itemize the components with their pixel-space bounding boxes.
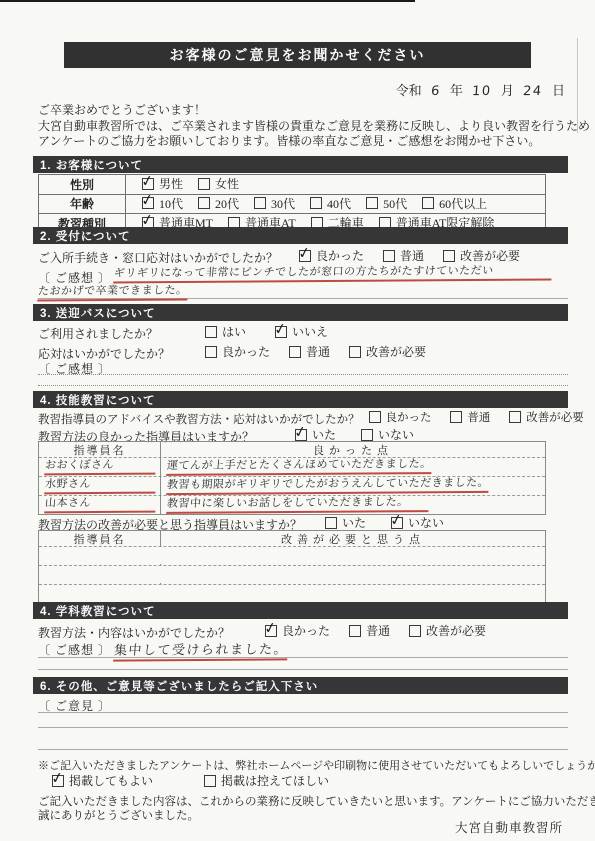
checkbox-icon[interactable]: [198, 178, 210, 190]
checkbox-label: 20代: [215, 195, 239, 212]
bus-improve-option[interactable]: 改善が必要: [349, 343, 426, 360]
table-row-empty: [39, 584, 545, 603]
date-line: 令和 6 年 10 月 24 日: [396, 80, 565, 99]
intro-line: ご卒業おめでとうございます！: [38, 103, 590, 119]
checkbox-label: 40代: [327, 195, 351, 212]
checkbox-icon[interactable]: [310, 197, 322, 209]
handwritten-instructor-name: 山本さん: [44, 494, 157, 514]
checkbox-label: 良かった: [222, 343, 270, 360]
blank-writing-line: [38, 748, 568, 750]
checkbox-label: 普通: [366, 622, 390, 639]
handwritten-comment: たおかげで卒業できました。: [37, 281, 188, 301]
handwritten-comment: ギリギリになって非常にピンチでしたが窓口の方たちがたすけていただい: [113, 261, 553, 283]
lecture-normal-option[interactable]: 普通: [349, 622, 390, 639]
skill-normal-option[interactable]: 普通: [450, 409, 490, 425]
checkbox-label: 普通: [306, 343, 330, 360]
checkbox-label: いいえ: [292, 323, 328, 340]
bus-no-option[interactable]: いいえ: [275, 323, 328, 340]
checkbox-label: 掲載してもよい: [69, 772, 153, 789]
skill-good-option[interactable]: 良かった: [369, 409, 432, 425]
bus-service-question: 応対はいかがでしたか？: [38, 345, 186, 362]
closing-line: 誠にありがとうございました。: [38, 807, 199, 823]
checkbox-icon[interactable]: [383, 250, 395, 262]
date-month-value: 10: [472, 84, 493, 99]
checkbox-label: 10代: [159, 195, 183, 212]
bus-good-option[interactable]: 良かった: [205, 343, 270, 360]
bus-comment-row: 〔 ご感想 〕: [38, 360, 568, 375]
checkbox-label: 改善が必要: [526, 409, 584, 425]
intro-line: アンケートのご協力をお願いしております。皆様の率直なご意見・ご感想をお聞かせ下さ…: [38, 134, 590, 150]
checkbox-label: 30代: [271, 195, 295, 212]
checkbox-label: 改善が必要: [366, 343, 426, 360]
comment-label: 〔 ご感想 〕: [38, 362, 111, 376]
intro-paragraph: ご卒業おめでとうございます！ 大宮自動車教習所では、ご卒業されます皆様の貴重なご…: [38, 103, 590, 150]
column-header-improve-points: 改善が必要と思う点: [161, 531, 545, 547]
checkbox-icon[interactable]: [289, 346, 301, 358]
table-row-age: 年齢 10代 20代 30代 40代 50代 60代以上: [39, 194, 546, 214]
handwritten-instructor-name: 水野さん: [44, 475, 157, 495]
other-opinion-row: 〔 ご意見 〕: [38, 697, 568, 713]
checkbox-label: はい: [222, 323, 246, 340]
age-label: 年齢: [39, 194, 126, 214]
section6-header: 6. その他、ご意見等ございましたらご記入下さい: [33, 677, 568, 694]
checkbox-icon[interactable]: [361, 429, 373, 441]
school-signature: 大宮自動車教習所: [455, 818, 563, 836]
bus-used-question-row: ご利用されましたか？ はい いいえ: [38, 323, 328, 342]
checkbox-icon[interactable]: [349, 346, 361, 358]
checkbox-label: 60代以上: [439, 195, 487, 212]
improve-instructor-table: 指導員名 改善が必要と思う点: [38, 530, 546, 604]
publish-options-row: 掲載してもよい 掲載は控えてほしい: [52, 772, 329, 791]
age-40s-option[interactable]: 40代: [310, 195, 351, 212]
table-row: 水野さん 教習も期限がギリギリでしたがおうえんしていただきました。: [39, 476, 545, 495]
checkbox-icon[interactable]: [450, 411, 462, 423]
section5-header: 4. 学科教習について: [33, 602, 568, 619]
checkbox-icon[interactable]: [366, 197, 378, 209]
handwritten-instructor-name: おおくぼさん: [44, 456, 157, 476]
checkbox-icon[interactable]: [142, 197, 154, 209]
blank-writing-line: [38, 726, 568, 728]
date-month-unit: 月: [501, 83, 514, 98]
section3-header: 3. 送迎バスについて: [33, 304, 568, 321]
checkbox-icon[interactable]: [409, 625, 421, 637]
customer-info-table: 性別 男性 女性 年齢 10代 20代 30代 40代 50代 60代以上 教習…: [38, 174, 546, 234]
blank-writing-line: [38, 384, 568, 386]
table-header-row: 指導員名 改善が必要と思う点: [39, 531, 545, 546]
checkbox-icon[interactable]: [443, 250, 455, 262]
date-era: 令和: [396, 83, 422, 98]
checkbox-icon[interactable]: [275, 326, 287, 338]
page-title: お客様のご意見をお聞かせください: [64, 42, 531, 68]
handwritten-good-point: 運てんが上手だとたくさんほめていただきました。: [166, 455, 432, 476]
table-row-empty: [39, 565, 545, 584]
column-header-instructor-name: 指導員名: [39, 531, 161, 547]
gender-label: 性別: [39, 175, 126, 195]
checkbox-icon[interactable]: [299, 250, 311, 262]
reception-comment-line2: たおかげで卒業できました。: [38, 282, 568, 299]
checkbox-icon[interactable]: [205, 346, 217, 358]
table-row-empty: [39, 546, 545, 565]
checkbox-label: 良かった: [386, 409, 432, 425]
lecture-good-option[interactable]: 良かった: [265, 622, 330, 639]
checkbox-icon[interactable]: [509, 411, 521, 423]
checkbox-label: 改善が必要: [426, 622, 486, 639]
checkbox-label: いた: [342, 514, 366, 531]
blank-writing-line: [38, 668, 568, 670]
publish-decline-option[interactable]: 掲載は控えてほしい: [204, 772, 329, 789]
date-day-unit: 日: [552, 83, 565, 98]
improve-instructor-no-option[interactable]: いない: [391, 514, 444, 531]
age-20s-option[interactable]: 20代: [198, 195, 239, 212]
lecture-improve-option[interactable]: 改善が必要: [409, 622, 486, 639]
section4-header: 4. 技能教習について: [33, 391, 568, 408]
gender-female-option[interactable]: 女性: [198, 175, 239, 192]
age-30s-option[interactable]: 30代: [254, 195, 295, 212]
skill-question: 教習指導員のアドバイスや教習方法・応対はいかがでしたか？: [38, 414, 360, 426]
checkbox-label: 良かった: [282, 622, 330, 639]
date-day-value: 24: [523, 84, 544, 99]
checkbox-icon[interactable]: [198, 197, 210, 209]
checkbox-icon[interactable]: [325, 517, 337, 529]
skill-question-row: 教習指導員のアドバイスや教習方法・応対はいかがでしたか？ 良かった 普通 改善が…: [38, 409, 584, 427]
bus-normal-option[interactable]: 普通: [289, 343, 330, 360]
bus-service-question-row: 応対はいかがでしたか？ 良かった 普通 改善が必要: [38, 343, 426, 362]
section1-header: 1. お客様について: [33, 156, 568, 173]
checkbox-icon[interactable]: [265, 625, 277, 637]
handwritten-comment: 集中して受けられました。: [113, 638, 289, 661]
checkbox-label: 普通: [467, 409, 490, 425]
checkbox-label: 50代: [383, 195, 407, 212]
publish-ok-option[interactable]: 掲載してもよい: [52, 772, 153, 789]
handwritten-good-point: 教習も期限がギリギリでしたがおうえんしていただきました。: [166, 474, 490, 495]
section2-header: 2. 受付について: [33, 227, 568, 244]
checkbox-icon[interactable]: [142, 178, 154, 190]
date-year-unit: 年: [450, 83, 463, 98]
bus-yes-option[interactable]: はい: [205, 323, 246, 340]
scanned-questionnaire-page: お客様のご意見をお聞かせください 令和 6 年 10 月 24 日 ご卒業おめで…: [0, 0, 595, 841]
improve-instructor-yes-option[interactable]: いた: [325, 514, 366, 531]
checkbox-label: 女性: [215, 175, 239, 192]
publish-question: ※ご記入いただきましたアンケートは、弊社ホームページや印刷物に使用させていただい…: [38, 757, 595, 773]
comment-label: 〔 ご感想 〕: [38, 643, 111, 657]
checkbox-label: 男性: [159, 175, 183, 192]
age-10s-option[interactable]: 10代: [142, 195, 183, 212]
checkbox-icon[interactable]: [349, 625, 361, 637]
checkbox-icon[interactable]: [52, 775, 64, 787]
checkbox-icon[interactable]: [295, 429, 307, 441]
checkbox-icon[interactable]: [205, 326, 217, 338]
age-60s-option[interactable]: 60代以上: [422, 195, 487, 212]
lecture-comment-row: 〔 ご感想 〕 集中して受けられました。: [38, 639, 568, 658]
skill-improve-option[interactable]: 改善が必要: [509, 409, 584, 425]
checkbox-icon[interactable]: [204, 775, 216, 787]
checkbox-label: いない: [408, 514, 444, 531]
bus-used-question: ご利用されましたか？: [38, 325, 186, 342]
checkbox-label: 良かった: [316, 247, 364, 264]
checkbox-icon[interactable]: [254, 197, 266, 209]
checkbox-icon[interactable]: [422, 197, 434, 209]
date-year-value: 6: [430, 84, 441, 99]
gender-male-option[interactable]: 男性: [142, 175, 183, 192]
table-header-row: 指導員名 良かった点: [39, 442, 545, 457]
checkbox-icon[interactable]: [369, 411, 381, 423]
table-row-gender: 性別 男性 女性: [39, 175, 546, 195]
intro-line: 大宮自動車教習所では、ご卒業されます皆様の貴重なご意見を業務に反映し、より良い教…: [38, 119, 590, 135]
comment-label: 〔 ご意見 〕: [38, 699, 111, 713]
good-instructor-table: 指導員名 良かった点 おおくぼさん 運てんが上手だとたくさんほめていただきました…: [38, 441, 546, 515]
checkbox-icon[interactable]: [391, 517, 403, 529]
scan-edge-artifact: [0, 0, 415, 2]
reception-good-option[interactable]: 良かった: [299, 247, 364, 264]
checkbox-label: 掲載は控えてほしい: [221, 772, 329, 789]
table-row: 山本さん 教習中に楽しいお話しをしていただきました。: [39, 495, 545, 514]
age-50s-option[interactable]: 50代: [366, 195, 407, 212]
